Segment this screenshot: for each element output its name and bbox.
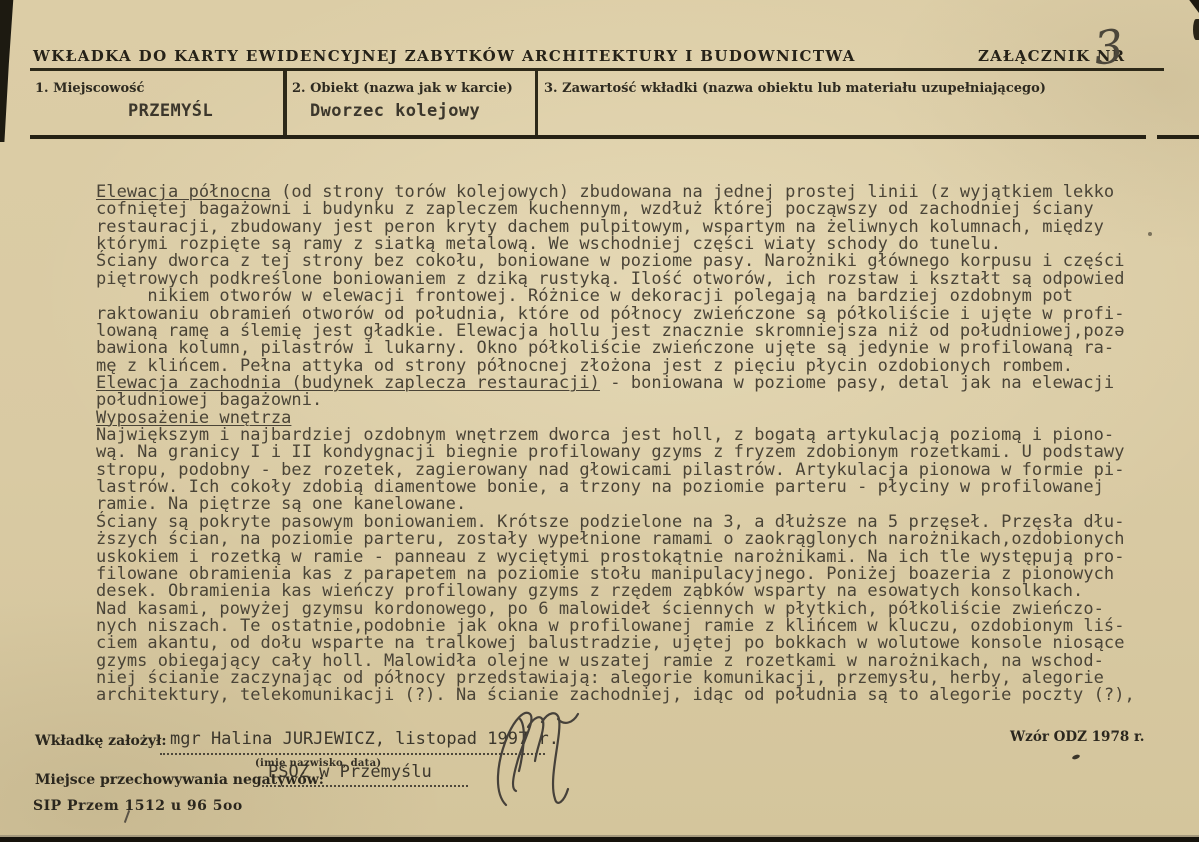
field-label-miejscowosc: 1. Miejscowość xyxy=(35,81,144,96)
field-value-obiekt: Dworzec kolejowy xyxy=(310,101,480,121)
pattern-note: Wzór ODZ 1978 r. xyxy=(1010,729,1145,745)
attachment-number-handwritten: 3 xyxy=(1092,23,1126,72)
body-line: architektury, telekomunikacji (?). Na śc… xyxy=(96,687,1161,704)
form-title: WKŁADKA DO KARTY EWIDENCYJNEJ ZABYTKÓW A… xyxy=(33,47,856,65)
table-bottom-rule-right xyxy=(1157,135,1199,139)
field-label-zawartosc: 3. Zawartość wkładki (nazwa obiektu lub … xyxy=(544,81,1046,96)
field-value-miejscowosc: PRZEMYŚL xyxy=(128,101,213,121)
scan-edge-right-mark xyxy=(1193,19,1199,40)
table-divider-1 xyxy=(283,71,287,135)
header-rule xyxy=(30,68,1164,71)
field-label-obiekt: 2. Obiekt (nazwa jak w karcie) xyxy=(292,81,513,96)
table-divider-2 xyxy=(535,71,538,135)
ink-speck xyxy=(1148,232,1152,236)
founder-label: Wkładkę założył: xyxy=(35,733,167,749)
typewritten-body: Elewacja północna (od strony torów kolej… xyxy=(96,184,1161,705)
negatives-value: PSOZ w Przemyślu xyxy=(268,762,432,782)
table-bottom-rule xyxy=(30,135,1146,139)
signature-scribble xyxy=(478,697,593,812)
print-code: SIP Przem 1512 u 96 5oo xyxy=(33,798,243,814)
scan-edge-bottom xyxy=(0,837,1199,842)
